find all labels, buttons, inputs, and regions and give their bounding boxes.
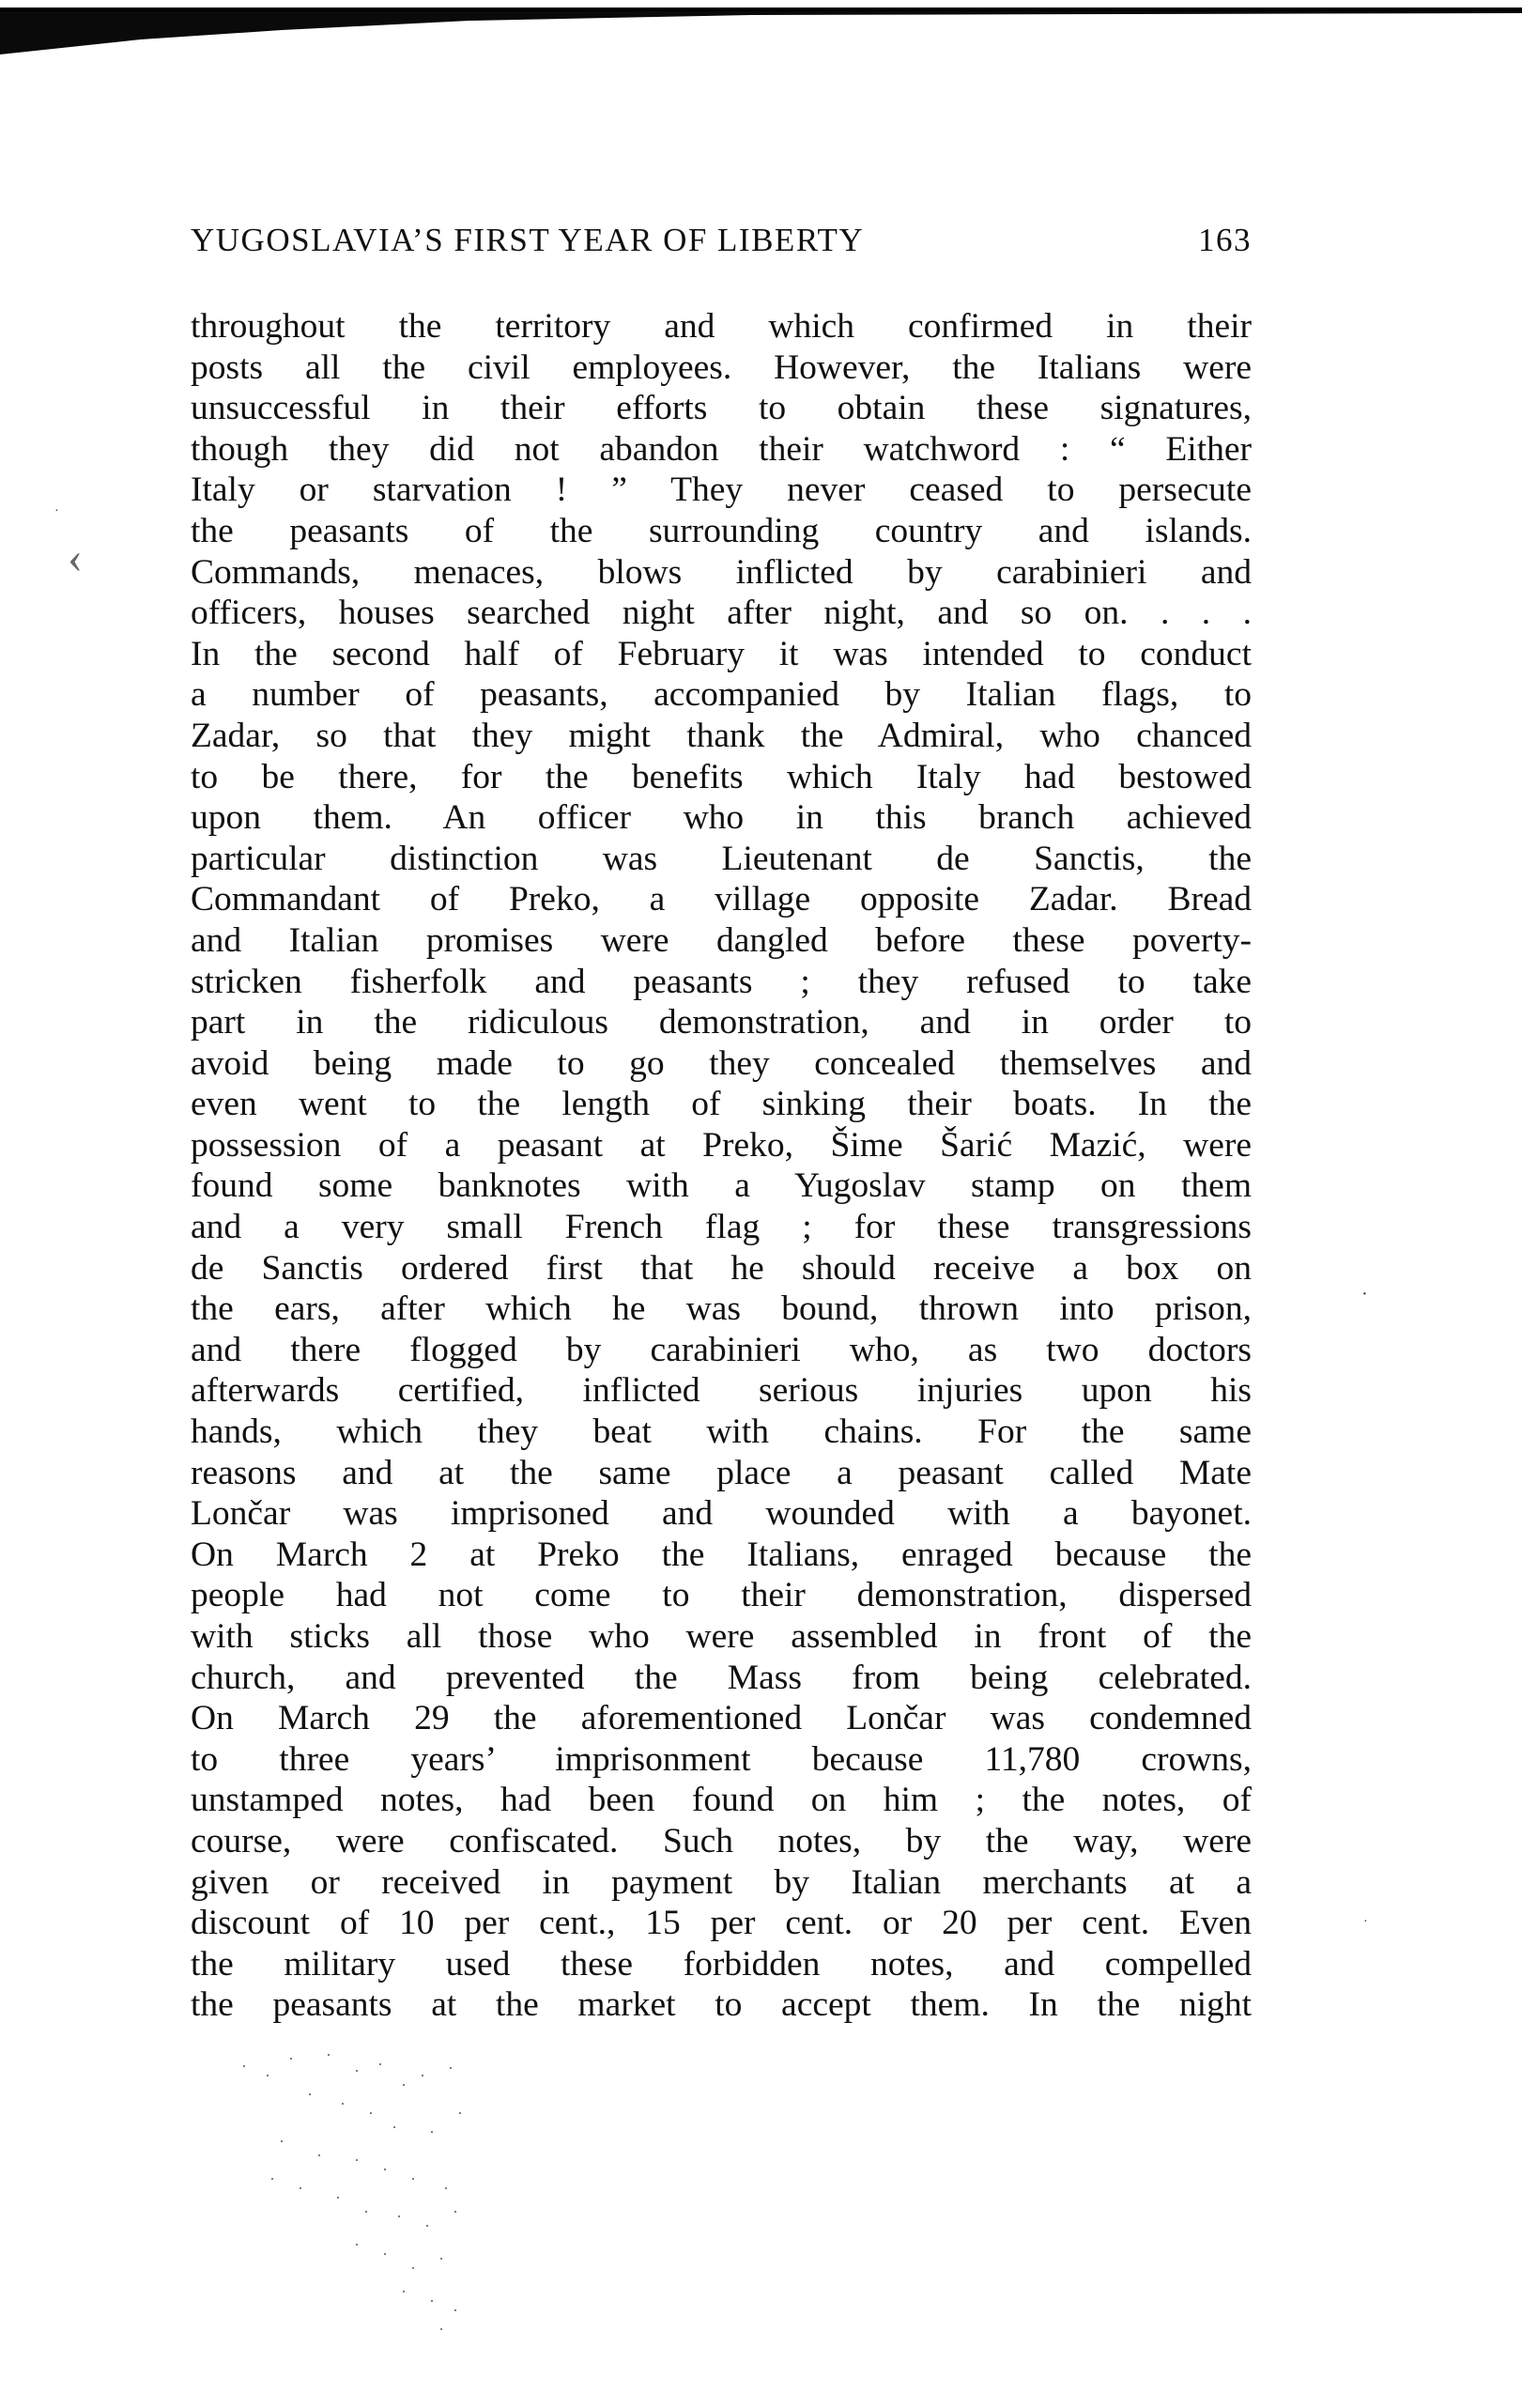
text-line: Lončar was imprisoned and wounded with a… bbox=[191, 1493, 1252, 1535]
text-line: to three years’ imprisonment because 11,… bbox=[191, 1739, 1252, 1781]
text-line: church, and prevented the Mass from bein… bbox=[191, 1658, 1252, 1699]
left-margin-dot: · bbox=[54, 505, 59, 518]
text-line: and there flogged by carabinieri who, as… bbox=[191, 1330, 1252, 1371]
text-line: to be there, for the benefits which Ital… bbox=[191, 757, 1252, 798]
right-margin-speck: · bbox=[1363, 1916, 1368, 1929]
left-margin-bracket-mark: ‹ bbox=[68, 535, 83, 580]
text-line: unsuccessful in their efforts to obtain … bbox=[191, 388, 1252, 429]
text-line: though they did not abandon their watchw… bbox=[191, 429, 1252, 471]
scan-speckle-noise bbox=[216, 2047, 516, 2348]
text-line: the peasants of the surrounding country … bbox=[191, 511, 1252, 552]
text-line: throughout the territory and which confi… bbox=[191, 306, 1252, 347]
text-line: a number of peasants, accompanied by Ita… bbox=[191, 674, 1252, 716]
text-line: stricken fisherfolk and peasants ; they … bbox=[191, 962, 1252, 1003]
text-line: de Sanctis ordered first that he should … bbox=[191, 1248, 1252, 1289]
text-line: reasons and at the same place a peasant … bbox=[191, 1453, 1252, 1494]
text-line: people had not come to their demonstrati… bbox=[191, 1575, 1252, 1616]
running-head-title: YUGOSLAVIA’S FIRST YEAR OF LIBERTY bbox=[191, 222, 864, 259]
text-line: Italy or starvation ! ” They never cease… bbox=[191, 470, 1252, 511]
text-line: part in the ridiculous demonstration, an… bbox=[191, 1002, 1252, 1043]
text-line: unstamped notes, had been found on him ;… bbox=[191, 1780, 1252, 1821]
text-line: and a very small French flag ; for these… bbox=[191, 1207, 1252, 1248]
text-line: officers, houses searched night after ni… bbox=[191, 593, 1252, 634]
text-line: with sticks all those who were assembled… bbox=[191, 1616, 1252, 1658]
text-line: On March 29 the aforementioned Lončar wa… bbox=[191, 1698, 1252, 1739]
body-text: throughout the territory and which confi… bbox=[191, 306, 1252, 2026]
page-number: 163 bbox=[1198, 222, 1252, 259]
text-line: particular distinction was Lieutenant de… bbox=[191, 839, 1252, 880]
text-line: hands, which they beat with chains. For … bbox=[191, 1412, 1252, 1453]
text-line: In the second half of February it was in… bbox=[191, 634, 1252, 675]
text-line: course, were confiscated. Such notes, by… bbox=[191, 1821, 1252, 1862]
text-line: possession of a peasant at Preko, Šime Š… bbox=[191, 1125, 1252, 1166]
text-line: given or received in payment by Italian … bbox=[191, 1862, 1252, 1904]
text-line: avoid being made to go they concealed th… bbox=[191, 1043, 1252, 1085]
text-line: afterwards certified, inflicted serious … bbox=[191, 1370, 1252, 1412]
text-line: Commandant of Preko, a village opposite … bbox=[191, 879, 1252, 920]
text-line: upon them. An officer who in this branch… bbox=[191, 797, 1252, 839]
text-line: the ears, after which he was bound, thro… bbox=[191, 1289, 1252, 1330]
right-margin-dot: · bbox=[1361, 1285, 1368, 1304]
text-line: Commands, menaces, blows inflicted by ca… bbox=[191, 552, 1252, 594]
text-line: the peasants at the market to accept the… bbox=[191, 1984, 1252, 2026]
text-line: even went to the length of sinking their… bbox=[191, 1084, 1252, 1125]
text-line: found some banknotes with a Yugoslav sta… bbox=[191, 1165, 1252, 1207]
text-line: Zadar, so that they might thank the Admi… bbox=[191, 716, 1252, 757]
scan-edge-shadow bbox=[0, 0, 1522, 66]
text-line: the military used these forbidden notes,… bbox=[191, 1944, 1252, 1985]
running-head: YUGOSLAVIA’S FIRST YEAR OF LIBERTY 163 bbox=[191, 222, 1252, 269]
text-line: discount of 10 per cent., 15 per cent. o… bbox=[191, 1903, 1252, 1944]
text-line: On March 2 at Preko the Italians, enrage… bbox=[191, 1535, 1252, 1576]
text-line: posts all the civil employees. However, … bbox=[191, 347, 1252, 389]
text-line: and Italian promises were dangled before… bbox=[191, 920, 1252, 962]
